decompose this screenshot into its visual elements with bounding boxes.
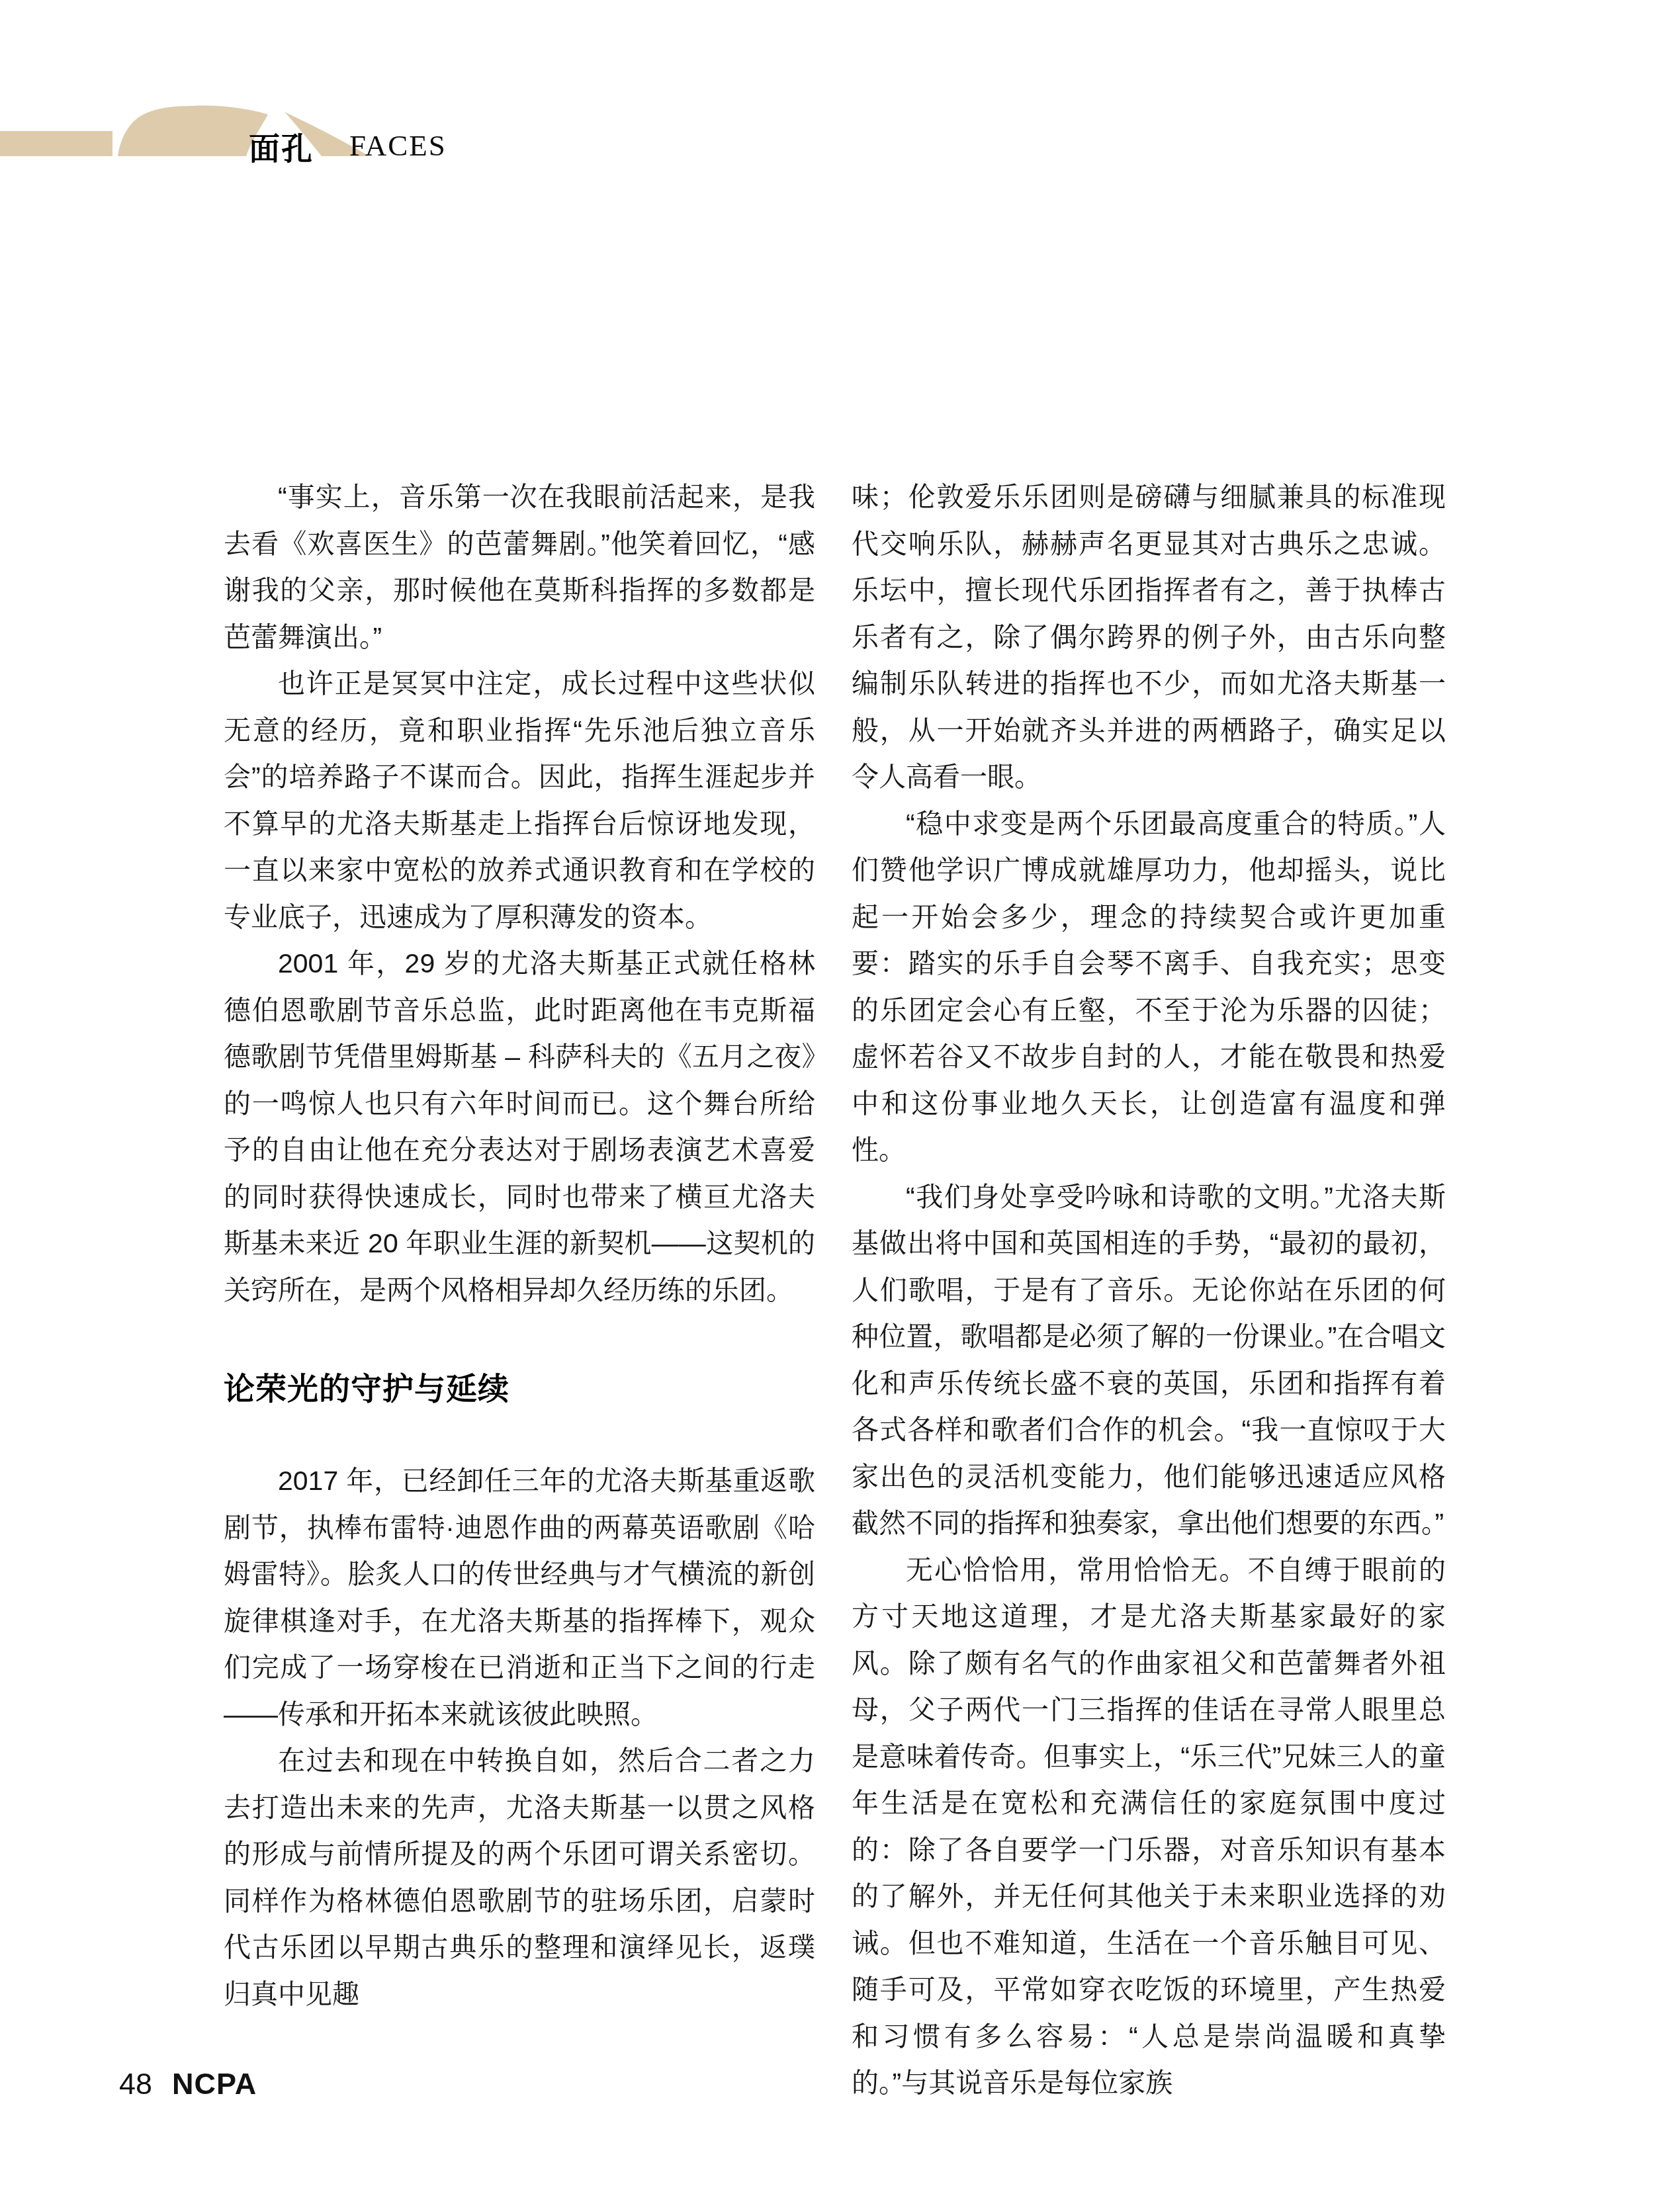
- brand-mark: NCPA: [172, 2067, 257, 2101]
- paragraph: 无心恰恰用，常用恰恰无。不自缚于眼前的方寸天地这道理，才是尤洛夫斯基家最好的家风…: [852, 1547, 1446, 2107]
- paragraph: 味；伦敦爱乐乐团则是磅礴与细腻兼具的标准现代交响乐队，赫赫声名更显其对古典乐之忠…: [852, 474, 1446, 801]
- section-heading: 论荣光的守护与延续: [224, 1365, 815, 1413]
- article-right-column: 味；伦敦爱乐乐团则是磅礴与细腻兼具的标准现代交响乐队，赫赫声名更显其对古典乐之忠…: [852, 474, 1446, 2107]
- page-footer: 48 NCPA: [119, 2067, 257, 2101]
- masthead-dome-swoosh-shape: [118, 106, 268, 156]
- section-title-cn: 面孔: [249, 124, 314, 169]
- paragraph: “我们身处享受吟咏和诗歌的文明。”尤洛夫斯基做出将中国和英国相连的手势，“最初的…: [852, 1174, 1446, 1547]
- paragraph: 也许正是冥冥中注定，成长过程中这些状似无意的经历，竟和职业指挥“先乐池后独立音乐…: [224, 660, 815, 940]
- page-number: 48: [119, 2067, 152, 2101]
- article-left-column: “事实上，音乐第一次在我眼前活起来，是我去看《欢喜医生》的芭蕾舞剧。”他笑着回忆…: [224, 474, 815, 2017]
- magazine-page: 面孔 FACES “事实上，音乐第一次在我眼前活起来，是我去看《欢喜医生》的芭蕾…: [0, 0, 1680, 2188]
- paragraph: 在过去和现在中转换自如，然后合二者之力去打造出未来的先声，尤洛夫斯基一以贯之风格…: [224, 1737, 815, 2017]
- paragraph: “稳中求变是两个乐团最高度重合的特质。”人们赞他学识广博成就雄厚功力，他却摇头，…: [852, 801, 1446, 1174]
- masthead-swoosh-graphic: [0, 0, 516, 212]
- paragraph: “事实上，音乐第一次在我眼前活起来，是我去看《欢喜医生》的芭蕾舞剧。”他笑着回忆…: [224, 474, 815, 660]
- section-masthead: 面孔 FACES: [0, 0, 516, 212]
- section-title-en: FACES: [349, 128, 447, 163]
- masthead-bar-shape: [0, 131, 112, 156]
- paragraph: 2001 年，29 岁的尤洛夫斯基正式就任格林德伯恩歌剧节音乐总监，此时距离他在…: [224, 940, 815, 1313]
- paragraph: 2017 年，已经卸任三年的尤洛夫斯基重返歌剧节，执棒布雷特·迪恩作曲的两幕英语…: [224, 1458, 815, 1737]
